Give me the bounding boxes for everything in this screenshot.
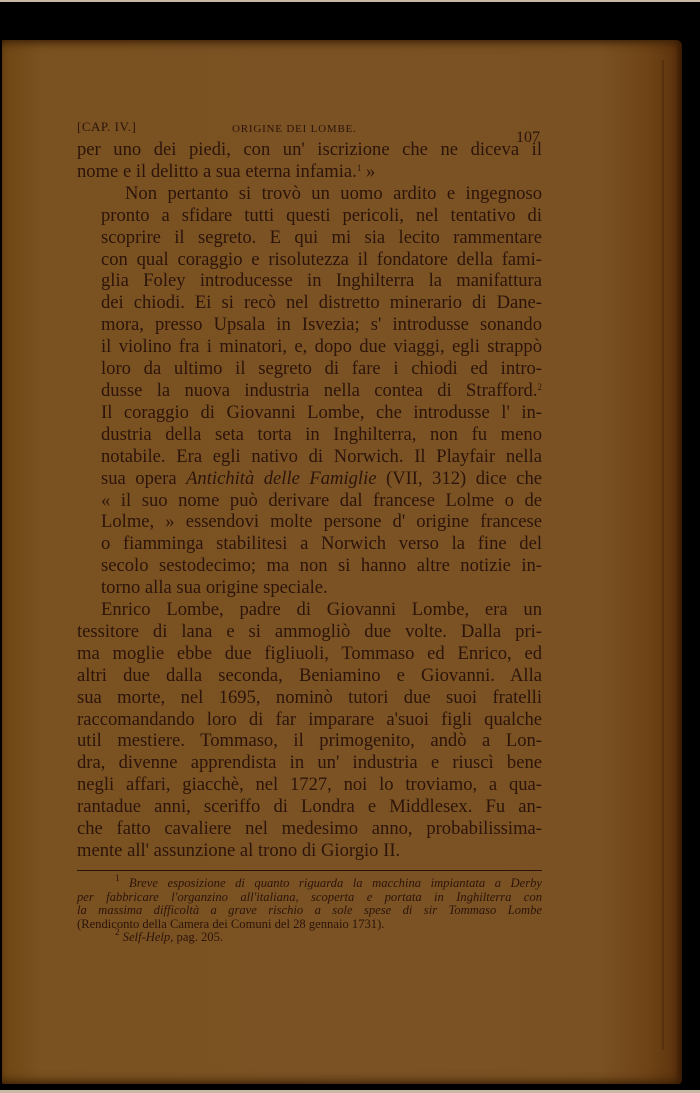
footnote-line: per fabbricare l'organzino all'italiana,… [77, 891, 542, 905]
text-line: Il coraggio di Giovanni Lombe, che intro… [77, 402, 542, 424]
text-line: raccomandando loro di far imparare a'suo… [77, 709, 542, 731]
text-line: loro da ultimo il segreto di fare i chio… [77, 358, 542, 380]
text-line: dei chiodi. Ei si recò nel distretto min… [77, 292, 542, 314]
text-line: con qual coraggio e risolutezza il fonda… [77, 249, 542, 271]
text-line: per uno dei piedi, con un' iscrizione ch… [77, 139, 542, 161]
footnote-2: 2 Self-Help, pag. 205. [77, 931, 542, 945]
text-line: dra, divenne apprendista in un' industri… [77, 752, 542, 774]
book-title: Antichità delle Famiglie [186, 468, 376, 489]
text-line: torno alla sua origine speciale. [77, 577, 542, 599]
body-text: per uno dei piedi, con un' iscrizione ch… [77, 139, 542, 862]
page-content: [CAP. IV.] ORIGINE DEI LOMBE. 107 per un… [77, 117, 542, 945]
page-number: 107 [516, 129, 540, 147]
text-line: glia Foley introducesse in Inghilterra l… [77, 270, 542, 292]
top-scan-strip [0, 0, 700, 2]
text-line: o fiamminga stabilitesi a Norwich verso … [77, 533, 542, 555]
paragraph: Enrico Lombe, padre di Giovanni Lombe, e… [77, 599, 542, 862]
running-title: ORIGINE DEI LOMBE. [232, 123, 357, 135]
footnote-rule [77, 870, 542, 871]
footnote-line: 1 Breve esposizione di quanto riguarda l… [77, 877, 542, 891]
text-line: util mestiere. Tommaso, il primogenito, … [77, 730, 542, 752]
text-line: sua opera Antichità delle Famiglie (VII,… [77, 468, 542, 490]
text-line: tessitore di lana e si ammogliò due volt… [77, 621, 542, 643]
text-line: altri due dalla seconda, Beniamino e Gio… [77, 665, 542, 687]
footnote-line: 2 Self-Help, pag. 205. [77, 931, 542, 945]
text-line: dustria della seta torta in Inghilterra,… [77, 424, 542, 446]
text-line: mente all' assunzione al trono di Giorgi… [77, 840, 542, 862]
text-line: rantadue anni, sceriffo di Londra e Midd… [77, 796, 542, 818]
text-line: che fatto cavaliere nel medesimo anno, p… [77, 818, 542, 840]
text-line: mora, presso Upsala in Isvezia; s' intro… [77, 314, 542, 336]
text-line: nome e il delitto a sua eterna infamia.1… [77, 161, 542, 183]
text-line: pronto a sfidare tutti questi pericoli, … [77, 205, 542, 227]
footnote-ref[interactable]: 2 [538, 382, 543, 392]
footnote-number: 2 [115, 927, 120, 937]
text-line: « il suo nome può derivare dal francese … [77, 490, 542, 512]
text-line: dusse la nuova industria nella contea di… [77, 380, 542, 402]
footnote-number: 1 [115, 873, 120, 883]
text-line: sua morte, nel 1695, nominò tutori due s… [77, 687, 542, 709]
text-line: il violino fra i minatori, e, dopo due v… [77, 336, 542, 358]
running-head: [CAP. IV.] ORIGINE DEI LOMBE. 107 [77, 117, 542, 139]
footnotes: 1 Breve esposizione di quanto riguarda l… [77, 877, 542, 945]
page-edge [662, 60, 664, 1050]
text-line: notabile. Era egli nativo di Norwich. Il… [77, 446, 542, 468]
footnote-1: 1 Breve esposizione di quanto riguarda l… [77, 877, 542, 931]
footnote-line: la massima difficoltà a grave rischio a … [77, 904, 542, 918]
paragraph: per uno dei piedi, con un' iscrizione ch… [77, 139, 542, 183]
text-line: Lolme, » essendovi molte persone d' orig… [77, 511, 542, 533]
paragraph: Non pertanto si trovò un uomo ardito e i… [77, 183, 542, 599]
text-line: ma moglie ebbe due figliuoli, Tommaso ed… [77, 643, 542, 665]
text-line: negli affari, giacchè, nel 1727, noi lo … [77, 774, 542, 796]
text-line: secolo sestodecimo; ma non si hanno altr… [77, 555, 542, 577]
chapter-label: [CAP. IV.] [77, 119, 136, 135]
text-line: Enrico Lombe, padre di Giovanni Lombe, e… [77, 599, 542, 621]
text-line: scoprire il segreto. E qui mi sia lecito… [77, 227, 542, 249]
text-line: Non pertanto si trovò un uomo ardito e i… [77, 183, 542, 205]
